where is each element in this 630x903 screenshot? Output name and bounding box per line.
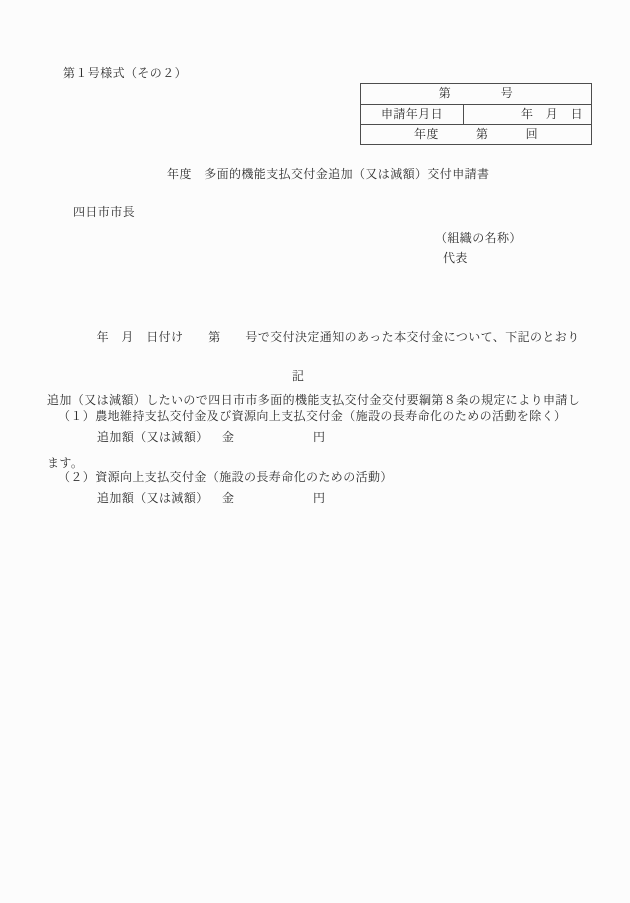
- document-number-field: 第 号: [439, 84, 513, 104]
- application-form-page: { "document": { "form_number": "第１号様式（その…: [0, 0, 630, 903]
- note-marker: 記: [292, 367, 304, 384]
- item-2-currency-label: 金: [222, 489, 234, 506]
- item-1-currency-label: 金: [222, 428, 234, 445]
- item-1-heading: （１）農地維持支払交付金及び資源向上支払交付金（施設の長寿命化のための活動を除く…: [58, 407, 566, 424]
- header-table-round-row: 年度 第 回: [361, 124, 591, 144]
- addressee: 四日市市長: [73, 203, 135, 220]
- organization-name-label: （組織の名称）: [435, 229, 522, 246]
- application-date-field: 年 月 日: [464, 105, 591, 124]
- header-table-number-row: 第 号: [361, 84, 591, 104]
- application-date-label: 申請年月日: [361, 105, 464, 124]
- document-title: 年度 多面的機能支払交付金追加（又は減額）交付申請書: [167, 165, 489, 182]
- form-style-number: 第１号様式（その２）: [63, 64, 187, 81]
- item-1-unit-label: 円: [313, 428, 325, 445]
- item-2-unit-label: 円: [313, 489, 325, 506]
- item-2-heading: （２）資源向上支払交付金（施設の長寿命化のための活動）: [58, 468, 393, 485]
- header-table: 第 号 申請年月日 年 月 日 年度 第 回: [360, 83, 592, 145]
- representative-label: 代表: [443, 249, 468, 266]
- item-2-amount-label: 追加額（又は減額）: [97, 489, 209, 506]
- header-table-date-row: 申請年月日 年 月 日: [361, 104, 591, 124]
- body-paragraph: 年 月 日付け 第 号で交付決定通知のあった本交付金について、下記のとおり 追加…: [47, 285, 592, 495]
- body-line-1: 年 月 日付け 第 号で交付決定通知のあった本交付金について、下記のとおり: [47, 327, 592, 348]
- fiscal-year-round-field: 年度 第 回: [414, 125, 538, 144]
- item-1-amount-label: 追加額（又は減額）: [97, 428, 209, 445]
